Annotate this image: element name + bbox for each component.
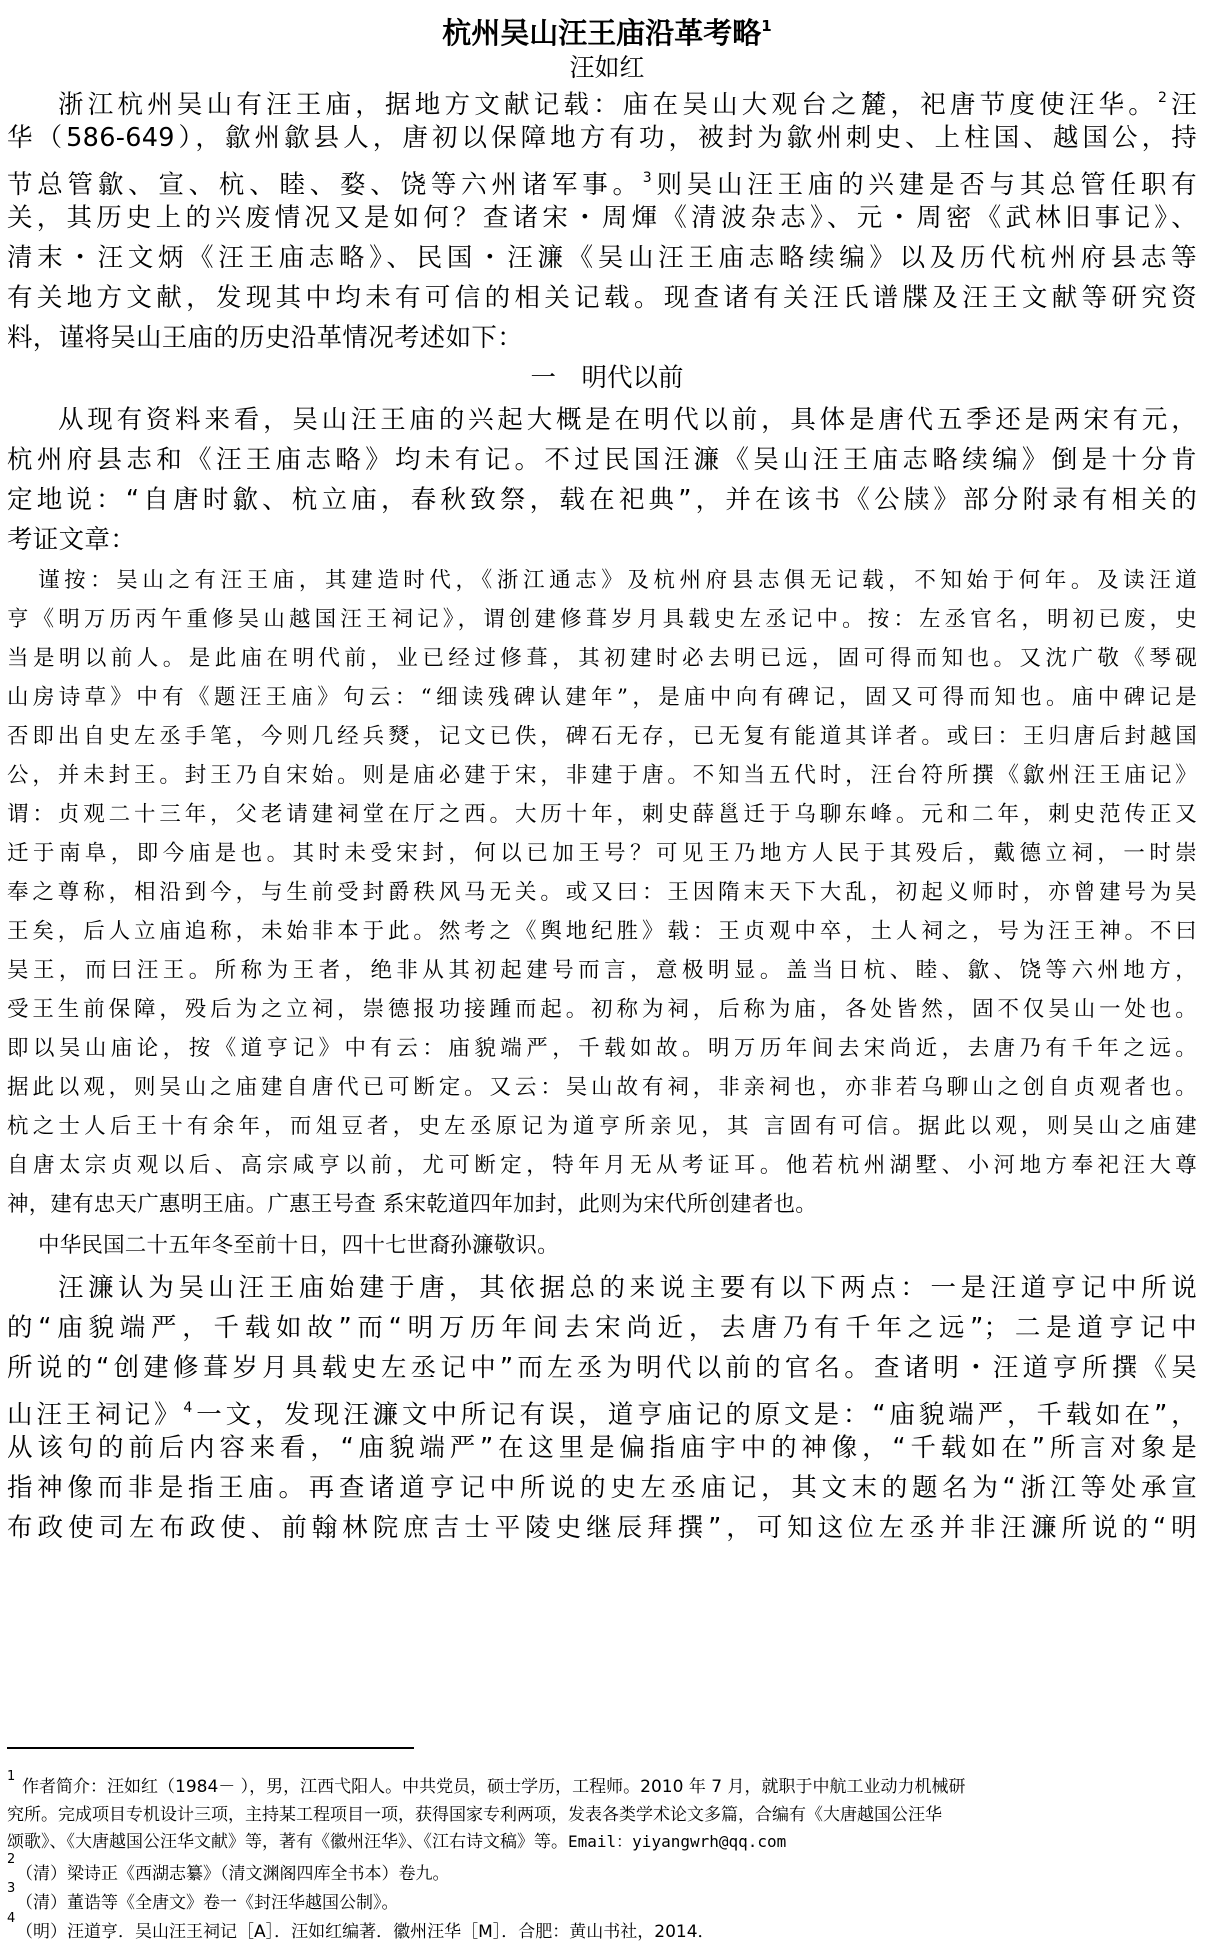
footnote-4-line: （明）汪道亨．吴山汪王祠记［A］．汪如红编著．徽州汪华［M］．合肥：黄山书社，2… <box>16 1920 1206 1944</box>
quote-line: 据此以观，则吴山之庙建自唐代已可断定。又云：吴山故有祠，非亲祠也，亦非若乌聊山之… <box>7 1072 1197 1104</box>
intro-text: 则吴山汪王庙的兴建是否与其总管任职有 <box>652 170 1197 200</box>
footnote-ref-2[interactable]: 2 <box>1158 90 1167 106</box>
document-page: 杭州吴山汪王庙沿革考略1 汪如红 浙江杭州吴山有汪王庙，据地方文献记载：庙在吴山… <box>0 0 1214 1948</box>
quote-signature: 中华民国二十五年冬至前十日，四十七世裔孙濂敬识。 <box>38 1230 1197 1262</box>
body-line: 布政使司左布政使、前翰林院庶吉士平陵史继辰拜撰”，可知这位左丞并非汪濂所说的“明 <box>7 1510 1197 1546</box>
footnote-text: 颂歌》、《大唐越国公汪华文献》等，著有《徽州汪华》、《江右诗文稿》等。 <box>7 1832 568 1852</box>
quote-line: 王矣，后人立庙追称，未始非本于此。然考之《舆地纪胜》载：王贞观中卒，土人祠之，号… <box>7 916 1197 948</box>
email-link[interactable]: yiyangwrh@qq.com <box>632 1832 786 1851</box>
body-line: 山汪王祠记》4一文，发现汪濂文中所记有误，道亨庙记的原文是：“庙貌端严，千载如在… <box>7 1390 1197 1433</box>
footnote-ref-3[interactable]: 3 <box>643 170 652 186</box>
quote-line: 受王生前保障，殁后为之立祠，崇德报功接踵而起。初称为祠，后称为庙，各处皆然，固不… <box>7 994 1197 1026</box>
quote-line: 杭之士人后王十有余年，而俎豆者，史左丞原记为道亨所亲见，其 言固有可信。据此以观… <box>7 1111 1197 1143</box>
footnote-ref-4[interactable]: 4 <box>183 1400 192 1416</box>
quote-line: 当是明以前人。是此庙在明代前，业已经过修葺，其初建时必去明已远，固可得而知也。又… <box>7 643 1197 675</box>
section-heading: 一 明代以前 <box>0 360 1214 396</box>
quote-line: 谓：贞观二十三年，父老请建祠堂在厅之西。大历十年，刺史薛邕迁于乌聊东峰。元和二年… <box>7 799 1197 831</box>
intro-text: 汪 <box>1167 90 1197 120</box>
body-line: 的“庙貌端严，千载如故”而“明万历年间去宋尚近，去唐乃有千年之远”；二是道亨记中 <box>7 1310 1197 1346</box>
body-line: 所说的“创建修葺岁月具载史左丞记中”而左丞为明代以前的官名。查诸明・汪道亨所撰《… <box>7 1350 1197 1386</box>
footnote-separator <box>7 1747 414 1749</box>
footnote-1-line: 作者简介：汪如红（1984－ ），男，江西弋阳人。中共党员，硕士学历，工程师。2… <box>22 1775 1197 1799</box>
footnote-number: 1 <box>7 1770 15 1784</box>
intro-line: 料，谨将吴山王庙的历史沿革情况考述如下： <box>7 320 1197 356</box>
quote-line: 亨《明万历丙午重修吴山越国汪王祠记》，谓创建修葺岁月具载史左丞记中。按：左丞官名… <box>7 604 1197 636</box>
body-line: 从现有资料来看，吴山汪王庙的兴起大概是在明代以前，具体是唐代五季还是两宋有元， <box>58 402 1197 438</box>
body-line: 考证文章： <box>7 522 1197 558</box>
footnote-number: 2 <box>7 1853 15 1867</box>
footnote-1-line: 颂歌》、《大唐越国公汪华文献》等，著有《徽州汪华》、《江右诗文稿》等。Email… <box>7 1830 1197 1854</box>
footnote-ref-1[interactable]: 1 <box>761 17 771 35</box>
intro-line: 清末・汪文炳《汪王庙志略》、民国・汪濂《吴山汪王庙志略续编》以及历代杭州府县志等 <box>7 240 1197 276</box>
body-text: 一文，发现汪濂文中所记有误，道亨庙记的原文是：“庙貌端严，千载如在”， <box>193 1400 1197 1430</box>
footnote-3-line: （清）董诰等《全唐文》卷一《封汪华越国公制》。 <box>16 1891 1206 1915</box>
quote-line: 公，并未封王。封王乃自宋始。则是庙必建于宋，非建于唐。不知当五代时，汪台符所撰《… <box>7 760 1197 792</box>
quote-line: 吴王，而曰汪王。所称为王者，绝非从其初起建号而言，意极明显。盖当日杭、睦、歙、饶… <box>7 955 1197 987</box>
title-text: 杭州吴山汪王庙沿革考略 <box>442 16 761 50</box>
body-line: 汪濂认为吴山汪王庙始建于唐，其依据总的来说主要有以下两点：一是汪道亨记中所说 <box>58 1270 1197 1306</box>
intro-line: 关，其历史上的兴废情况又是如何？查诸宋・周煇《清波杂志》、元・周密《武林旧事记》… <box>7 200 1197 236</box>
footnote-1-line: 究所。完成项目专机设计三项，主持某工程项目一项，获得国家专利两项，发表各类学术论… <box>7 1803 1197 1827</box>
intro-line: 有关地方文献，发现其中均未有可信的相关记载。现查诸有关汪氏谱牒及汪王文献等研究资 <box>7 280 1197 316</box>
quote-line: 山房诗草》中有《题汪王庙》句云：“细读残碑认建年”，是庙中向有碑记，固又可得而知… <box>7 682 1197 714</box>
footnote-number: 4 <box>7 1912 15 1926</box>
intro-text: 节总管歙、宣、杭、睦、婺、饶等六州诸军事。 <box>7 170 643 200</box>
body-line: 杭州府县志和《汪王庙志略》均未有记。不过民国汪濂《吴山汪王庙志略续编》倒是十分肯 <box>7 442 1197 478</box>
footnote-2-line: （清）梁诗正《西湖志纂》（清文渊阁四库全书本）卷九。 <box>16 1862 1206 1886</box>
body-line: 从该句的前后内容来看，“庙貌端严”在这里是偏指庙宇中的神像，“千载如在”所言对象… <box>7 1430 1197 1466</box>
quote-line: 自唐太宗贞观以后、高宗咸亨以前，尤可断定，特年月无从考证耳。他若杭州湖墅、小河地… <box>7 1150 1197 1182</box>
quote-line: 神，建有忠天广惠明王庙。广惠王号查 系宋乾道四年加封，此则为宋代所创建者也。 <box>7 1189 1197 1221</box>
intro-line: 华（586-649），歙州歙县人，唐初以保障地方有功，被封为歙州刺史、上柱国、越… <box>7 120 1197 156</box>
body-line: 指神像而非是指王庙。再查诸道亨记中所说的史左丞庙记，其文末的题名为“浙江等处承宣 <box>7 1470 1197 1506</box>
footnote-number: 3 <box>7 1882 15 1896</box>
document-title: 杭州吴山汪王庙沿革考略1 <box>0 6 1214 53</box>
intro-text: 浙江杭州吴山有汪王庙，据地方文献记载：庙在吴山大观台之麓，祀唐节度使汪华。 <box>58 90 1158 120</box>
quote-line: 即以吴山庙论，按《道亨记》中有云：庙貌端严，千载如故。明万历年间去宋尚近，去唐乃… <box>7 1033 1197 1065</box>
intro-line: 浙江杭州吴山有汪王庙，据地方文献记载：庙在吴山大观台之麓，祀唐节度使汪华。2汪 <box>58 80 1197 123</box>
body-line: 定地说：“自唐时歙、杭立庙，春秋致祭，载在祀典”，并在该书《公牍》部分附录有相关… <box>7 482 1197 518</box>
quote-line: 谨按：吴山之有汪王庙，其建造时代，《浙江通志》及杭州府县志俱无记载，不知始于何年… <box>38 565 1197 597</box>
intro-line: 节总管歙、宣、杭、睦、婺、饶等六州诸军事。3则吴山汪王庙的兴建是否与其总管任职有 <box>7 160 1197 203</box>
body-text: 山汪王祠记》 <box>7 1400 183 1430</box>
quote-line: 奉之尊称，相沿到今，与生前受封爵秩风马无关。或又曰：王因隋末天下大乱，初起义师时… <box>7 877 1197 909</box>
quote-line: 否即出自史左丞手笔，今则几经兵燹，记文已佚，碑石无存，已无复有能道其详者。或曰：… <box>7 721 1197 753</box>
email-label: Email： <box>568 1832 632 1851</box>
quote-line: 迁于南阜，即今庙是也。其时未受宋封，何以已加王号？可见王乃地方人民于其殁后，戴德… <box>7 838 1197 870</box>
